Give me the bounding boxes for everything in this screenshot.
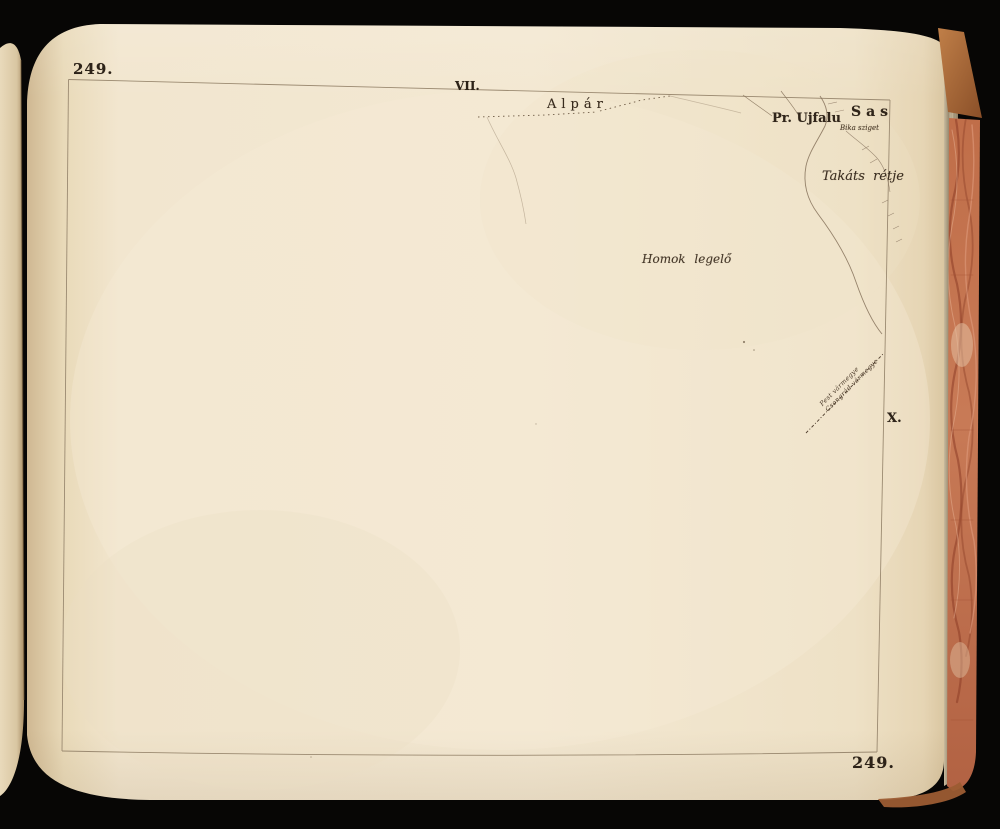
- marbled-fore-edge: [947, 118, 980, 791]
- previous-page-edge: [0, 43, 24, 796]
- atlas-page: [0, 0, 1000, 829]
- book-and-page-artwork: [0, 0, 1000, 829]
- book-photo: 249. VII. Alpár Pr. Ujfalu Sas Bika szig…: [0, 0, 1000, 829]
